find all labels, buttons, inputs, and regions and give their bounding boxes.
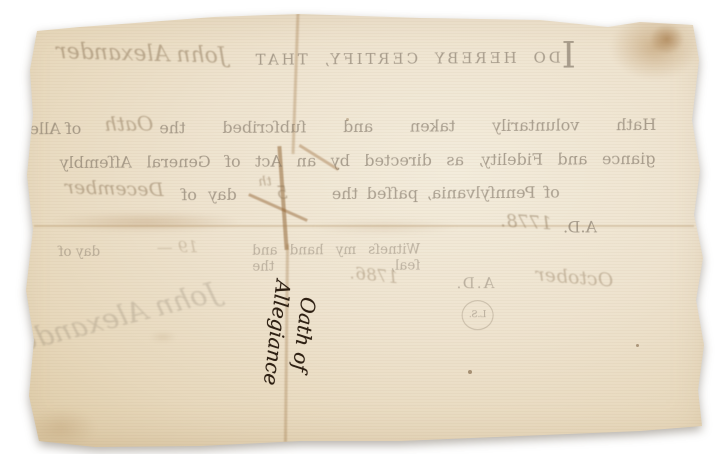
bleed-signature: John Alexander: [3, 275, 222, 361]
bleed-witness-day: 19 —: [157, 237, 199, 256]
bleed-year-1786: 1786.: [349, 264, 399, 289]
printed-line4-body: of Pennſylvania, paſſed the: [332, 183, 560, 204]
printed-line6-dayof: day of: [58, 244, 100, 260]
certificate-paper-back: I DO HEREBY CERTIFY, THAT John Alexander…: [0, 0, 720, 454]
printed-line4-dayof: day of: [181, 185, 237, 204]
paper-shadow-wrap: I DO HEREBY CERTIFY, THAT John Alexander…: [0, 0, 720, 454]
printed-line5-ad: A.D.: [563, 217, 597, 236]
printed-line7-ad: A.D.: [454, 274, 494, 292]
bleed-oath-word: Oath: [104, 111, 153, 135]
printed-line2-body: Hath voluntarily taken and ſubſcribed th…: [159, 115, 656, 137]
seal-ls-text: L.S.: [469, 310, 487, 320]
bleed-month: December: [65, 176, 164, 201]
bleed-day-number: 5: [276, 183, 288, 204]
bleed-witness-month: October: [535, 263, 614, 291]
bleed-year-1778: 1778.: [500, 210, 553, 234]
photo-canvas: I DO HEREBY CERTIFY, THAT John Alexander…: [0, 0, 720, 454]
printed-line3: giance and Fidelity, as directed by an A…: [59, 149, 655, 172]
printed-line2-end: of Alle-: [24, 119, 81, 138]
seal-ls-circle: L.S.: [462, 300, 494, 330]
bleed-through-layer: I DO HEREBY CERTIFY, THAT John Alexander…: [0, 0, 720, 454]
printed-line1-heading: DO HEREBY CERTIFY, THAT: [253, 49, 561, 69]
bleed-name-script: John Alexander: [56, 39, 227, 69]
bleed-day-suffix: th: [258, 175, 272, 190]
printed-line1-initial: I: [561, 38, 575, 74]
